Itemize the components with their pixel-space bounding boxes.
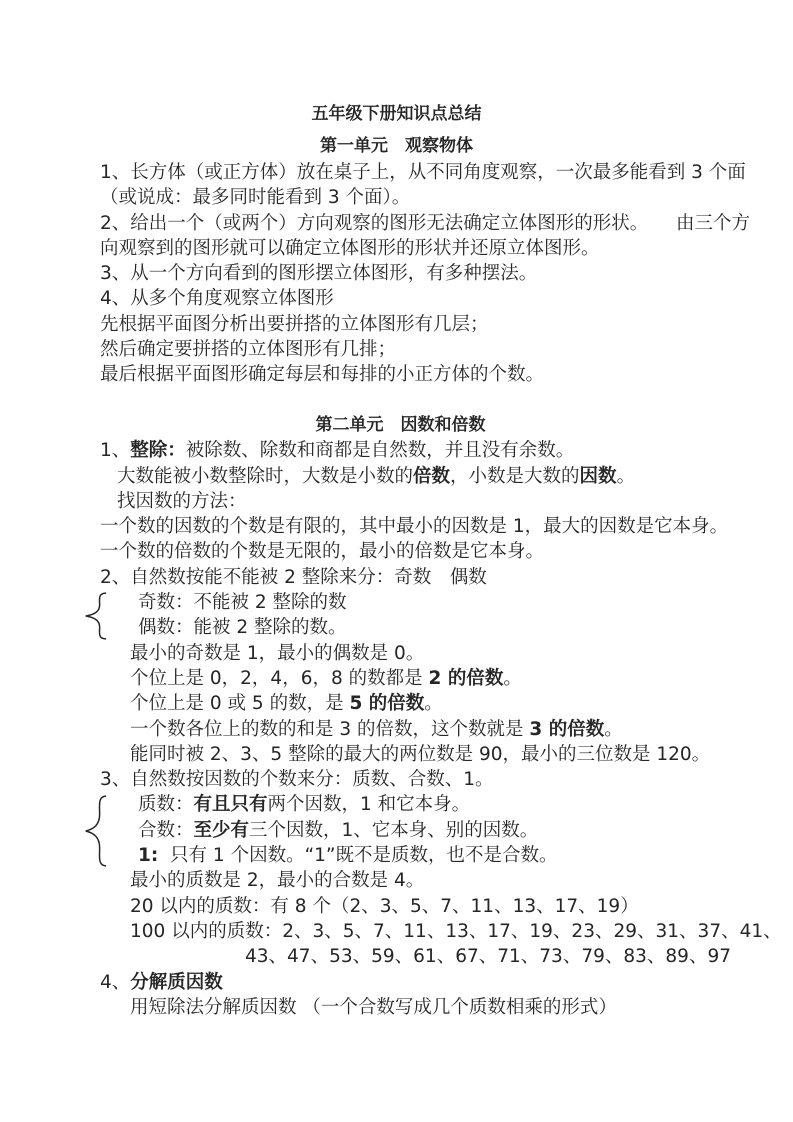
text-line: 大数能被小数整除时，大数是小数的倍数，小数是大数的因数。 [100, 464, 701, 489]
text-segment: 最小的奇数是 1，最小的偶数是 0。 [130, 643, 424, 664]
text-segment: 奇数：不能被 2 整除的数 [138, 592, 347, 613]
text-segment: 两个因数，1 和它本身。 [268, 794, 471, 815]
prime-composite-group-brace-icon [82, 793, 108, 869]
text-line: 一个数的倍数的个数是无限的，最小的倍数是它本身。 [100, 539, 701, 564]
text-segment: 被除数、除数和商都是自然数，并且没有余数。 [186, 440, 575, 461]
document-body: 1、长方体（或正方体）放在桌子上，从不同角度观察，一次最多能看到 3 个面（或说… [100, 160, 701, 1020]
text-line: 2、给出一个（或两个）方向观察的图形无法确定立体图形的形状。 由三个方 [100, 211, 701, 236]
text-line: 4、从多个角度观察立体图形 [100, 286, 701, 311]
text-segment: 1、 [100, 440, 130, 461]
text-segment: 偶数：能被 2 整除的数。 [138, 617, 347, 638]
text-segment: 一个数的倍数的个数是无限的，最小的倍数是它本身。 [100, 541, 544, 562]
text-segment: 4、从多个角度观察立体图形 [100, 288, 334, 309]
text-segment: 向观察到的图形就可以确定立体图形的形状并还原立体图形。 [100, 238, 600, 259]
document-title: 五年级下册知识点总结 [0, 99, 793, 121]
text-line: 合数：至少有三个因数，1、它本身、别的因数。 [100, 818, 701, 843]
section-heading-unit1: 第一单元 观察物体 [0, 131, 793, 153]
text-segment: 最小的质数是 2，最小的合数是 4。 [130, 870, 424, 891]
bold-text-segment: 整除： [130, 440, 186, 461]
text-segment: 20 以内的质数：有 8 个（2、3、5、7、11、13、17、19） [130, 896, 639, 917]
text-line: 先根据平面图分析出要拼搭的立体图形有几层； [100, 312, 701, 337]
text-line: 1: 只有 1 个因数。“1”既不是质数，也不是合数。 [100, 843, 701, 868]
text-segment: 最后根据平面图形确定每层和每排的小正方体的个数。 [100, 364, 544, 385]
text-segment: 3、自然数按因数的个数来分：质数、合数、1。 [100, 769, 494, 790]
blank-line [100, 388, 701, 413]
text-line: 向观察到的图形就可以确定立体图形的形状并还原立体图形。 [100, 236, 701, 261]
text-segment: 大数能被小数整除时，大数是小数的 [117, 466, 413, 487]
bold-text-segment: 1: [138, 845, 158, 866]
text-line: 3、从一个方向看到的图形摆立体图形，有多种摆法。 [100, 261, 701, 286]
text-segment: 。 [424, 693, 443, 714]
text-segment: 100 以内的质数：2、3、5、7、11、13、17、19、23、29、31、3… [130, 921, 782, 942]
text-segment: 2、给出一个（或两个）方向观察的图形无法确定立体图形的形状。 由三个方 [100, 213, 750, 234]
text-segment: 一个数的因数的个数是有限的，其中最小的因数是 1，最大的因数是它本身。 [100, 516, 728, 537]
text-line: 最小的质数是 2，最小的合数是 4。 [100, 868, 701, 893]
text-line: 4、分解质因数 [100, 970, 701, 995]
text-segment: 找因数的方法： [117, 491, 247, 512]
bold-text-segment: 3 的倍数 [529, 719, 604, 740]
text-line: 43、47、53、59、61、67、71、73、79、83、89、97 [100, 944, 701, 969]
text-segment: 只有 1 个因数。“1”既不是质数，也不是合数。 [158, 845, 557, 866]
text-line: 1、整除：被除数、除数和商都是自然数，并且没有余数。 [100, 438, 701, 463]
text-segment: 2、自然数按能不能被 2 整除来分：奇数 偶数 [100, 567, 487, 588]
bold-text-segment: 5 的倍数 [349, 693, 424, 714]
text-line: （或说成：最多同时能看到 3 个面）。 [100, 185, 701, 210]
text-line: 一个数各位上的数的和是 3 的倍数，这个数就是 3 的倍数。 [100, 717, 701, 742]
text-line: 3、自然数按因数的个数来分：质数、合数、1。 [100, 767, 701, 792]
text-line: 个位上是 0，2，4，6，8 的数都是 2 的倍数。 [100, 666, 701, 691]
text-line: 找因数的方法： [100, 489, 701, 514]
text-segment: 个位上是 0，2，4，6，8 的数都是 [130, 668, 429, 689]
text-segment: 用短除法分解质因数 （一个合数写成几个质数相乘的形式） [130, 997, 617, 1018]
text-segment: 。 [503, 668, 522, 689]
text-line: 偶数：能被 2 整除的数。 [100, 615, 701, 640]
text-segment: 三个因数，1、它本身、别的因数。 [249, 820, 538, 841]
text-line: 1、长方体（或正方体）放在桌子上，从不同角度观察，一次最多能看到 3 个面 [100, 160, 701, 185]
document-page: 五年级下册知识点总结 第一单元 观察物体 1、长方体（或正方体）放在桌子上，从不… [0, 0, 793, 1122]
text-line: 100 以内的质数：2、3、5、7、11、13、17、19、23、29、31、3… [100, 919, 701, 944]
text-segment: 合数： [138, 820, 194, 841]
text-segment: （或说成：最多同时能看到 3 个面）。 [100, 187, 410, 208]
text-line: 个位上是 0 或 5 的数，是 5 的倍数。 [100, 691, 701, 716]
bold-text-segment: 因数 [580, 466, 617, 487]
text-segment: 4、 [100, 972, 130, 993]
bold-text-segment: 第二单元 因数和倍数 [316, 415, 486, 435]
text-segment: 然后确定要拼搭的立体图形有几排； [100, 339, 396, 360]
text-segment: 先根据平面图分析出要拼搭的立体图形有几层； [100, 314, 489, 335]
odd-even-group-brace-icon [82, 591, 108, 641]
bold-text-segment: 2 的倍数 [429, 668, 504, 689]
text-segment: 质数： [138, 794, 194, 815]
bold-text-segment: 有且只有 [194, 794, 268, 815]
text-line: 最后根据平面图形确定每层和每排的小正方体的个数。 [100, 362, 701, 387]
text-segment: ，小数是大数的 [450, 466, 580, 487]
text-segment: 。 [617, 466, 636, 487]
text-segment: 能同时被 2、3、5 整除的最大的两位数是 90，最小的三位数是 120。 [130, 744, 710, 765]
text-segment: 个位上是 0 或 5 的数，是 [130, 693, 349, 714]
text-line: 一个数的因数的个数是有限的，其中最小的因数是 1，最大的因数是它本身。 [100, 514, 701, 539]
text-line: 最小的奇数是 1，最小的偶数是 0。 [100, 641, 701, 666]
bold-text-segment: 至少有 [194, 820, 250, 841]
text-line: 能同时被 2、3、5 整除的最大的两位数是 90，最小的三位数是 120。 [100, 742, 701, 767]
text-segment: 。 [604, 719, 623, 740]
text-line: 2、自然数按能不能被 2 整除来分：奇数 偶数 [100, 565, 701, 590]
section-heading-unit2: 第二单元 因数和倍数 [100, 413, 701, 438]
text-segment: 43、47、53、59、61、67、71、73、79、83、89、97 [245, 946, 731, 967]
text-line: 质数：有且只有两个因数，1 和它本身。 [100, 792, 701, 817]
bold-text-segment: 倍数 [413, 466, 450, 487]
text-line: 用短除法分解质因数 （一个合数写成几个质数相乘的形式） [100, 995, 701, 1020]
bold-text-segment: 分解质因数 [130, 972, 223, 993]
text-line: 20 以内的质数：有 8 个（2、3、5、7、11、13、17、19） [100, 894, 701, 919]
text-segment: 1、长方体（或正方体）放在桌子上，从不同角度观察，一次最多能看到 3 个面 [100, 162, 746, 183]
text-segment: 3、从一个方向看到的图形摆立体图形，有多种摆法。 [100, 263, 537, 284]
text-segment: 一个数各位上的数的和是 3 的倍数，这个数就是 [130, 719, 529, 740]
text-line: 奇数：不能被 2 整除的数 [100, 590, 701, 615]
text-line: 然后确定要拼搭的立体图形有几排； [100, 337, 701, 362]
